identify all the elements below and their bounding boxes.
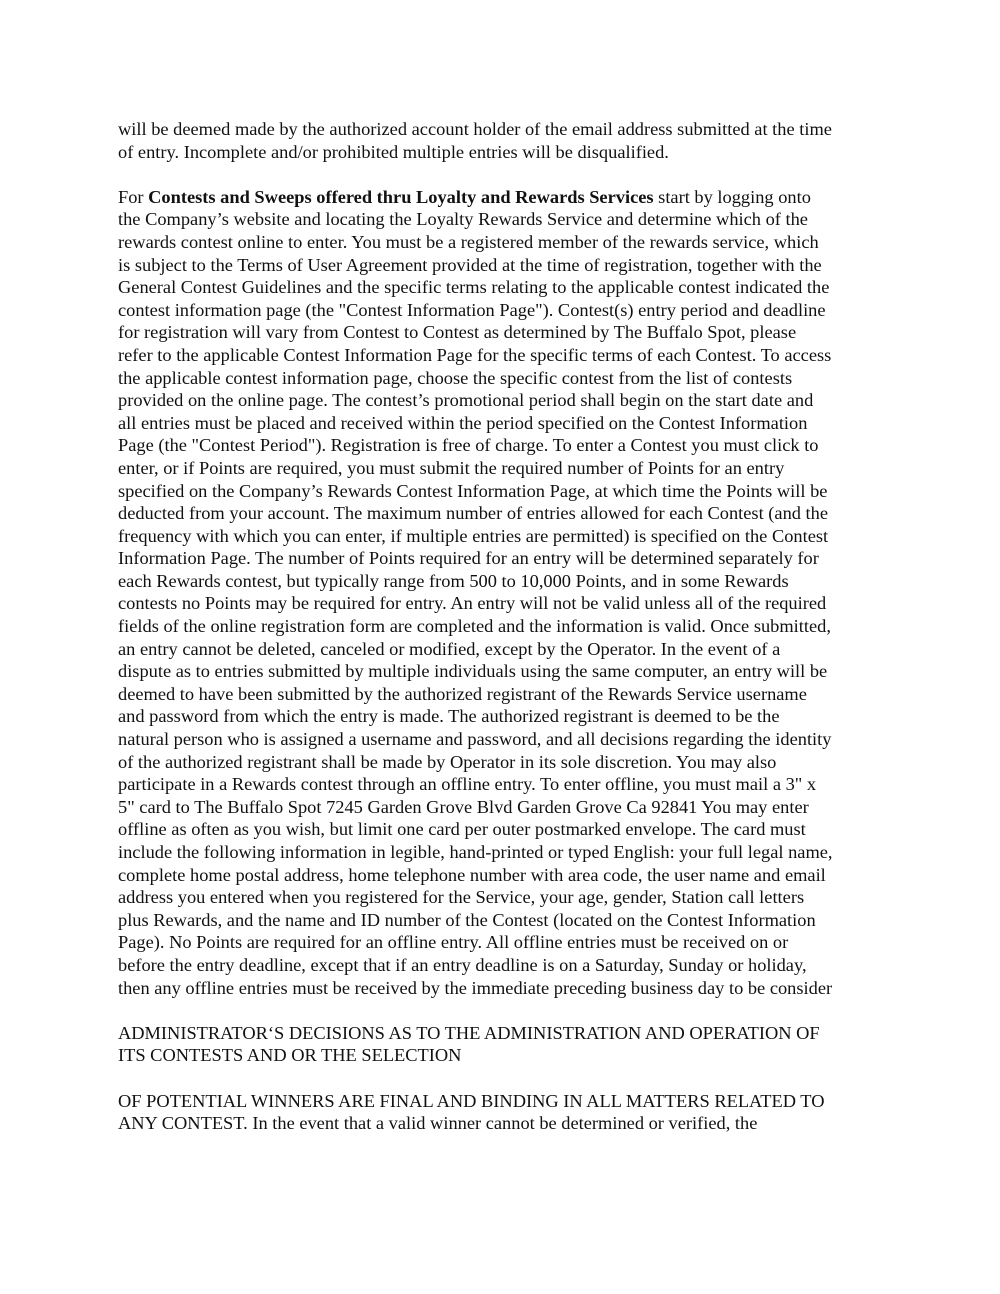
text-line: frequency with which you can enter, if m… xyxy=(118,525,888,548)
text-line: will be deemed made by the authorized ac… xyxy=(118,118,888,141)
text-line: specified on the Company’s Rewards Conte… xyxy=(118,480,888,503)
text-line: the applicable contest information page,… xyxy=(118,367,888,390)
text-line: Page (the "Contest Period"). Registratio… xyxy=(118,434,888,457)
text-line: deducted from your account. The maximum … xyxy=(118,502,888,525)
text-line: provided on the online page. The contest… xyxy=(118,389,888,412)
paragraph-loyalty-rewards-contests: For Contests and Sweeps offered thru Loy… xyxy=(118,186,888,999)
text-line: Page). No Points are required for an off… xyxy=(118,931,888,954)
text-line: ANY CONTEST. In the event that a valid w… xyxy=(118,1112,888,1135)
text-line: offline as often as you wish, but limit … xyxy=(118,818,888,841)
text-line: participate in a Rewards contest through… xyxy=(118,773,888,796)
text-line: the Company’s website and locating the L… xyxy=(118,208,888,231)
text-line: before the entry deadline, except that i… xyxy=(118,954,888,977)
text-line: contest information page (the "Contest I… xyxy=(118,299,888,322)
paragraph-administrator-decisions: ADMINISTRATOR‘S DECISIONS AS TO THE ADMI… xyxy=(118,1022,888,1067)
bold-heading-run: Contests and Sweeps offered thru Loyalty… xyxy=(148,187,653,207)
text-line: is subject to the Terms of User Agreemen… xyxy=(118,254,888,277)
text-line: then any offline entries must be receive… xyxy=(118,977,888,1000)
text-line: rewards contest online to enter. You mus… xyxy=(118,231,888,254)
text-line: each Rewards contest, but typically rang… xyxy=(118,570,888,593)
text-line: plus Rewards, and the name and ID number… xyxy=(118,909,888,932)
text-line: of the authorized registrant shall be ma… xyxy=(118,751,888,774)
text-line: contests no Points may be required for e… xyxy=(118,592,888,615)
text-line: ITS CONTESTS AND OR THE SELECTION xyxy=(118,1044,888,1067)
paragraph-entry-authorization: will be deemed made by the authorized ac… xyxy=(118,118,888,163)
text-line: Information Page. The number of Points r… xyxy=(118,547,888,570)
text-line: address you entered when you registered … xyxy=(118,886,888,909)
text-line: 5" card to The Buffalo Spot 7245 Garden … xyxy=(118,796,888,819)
text-line: all entries must be placed and received … xyxy=(118,412,888,435)
text-line: and password from which the entry is mad… xyxy=(118,705,888,728)
text-line: of entry. Incomplete and/or prohibited m… xyxy=(118,141,888,164)
text-line: For Contests and Sweeps offered thru Loy… xyxy=(118,186,888,209)
text-run: start by logging onto xyxy=(654,187,811,207)
text-line: enter, or if Points are required, you mu… xyxy=(118,457,888,480)
text-line: complete home postal address, home telep… xyxy=(118,864,888,887)
text-line: natural person who is assigned a usernam… xyxy=(118,728,888,751)
text-line: General Contest Guidelines and the speci… xyxy=(118,276,888,299)
text-line: refer to the applicable Contest Informat… xyxy=(118,344,888,367)
text-line: fields of the online registration form a… xyxy=(118,615,888,638)
text-line: for registration will vary from Contest … xyxy=(118,321,888,344)
text-run: For xyxy=(118,187,148,207)
text-line: ADMINISTRATOR‘S DECISIONS AS TO THE ADMI… xyxy=(118,1022,888,1045)
document-page: will be deemed made by the authorized ac… xyxy=(118,118,888,1157)
text-line: an entry cannot be deleted, canceled or … xyxy=(118,638,888,661)
text-line: deemed to have been submitted by the aut… xyxy=(118,683,888,706)
text-line: OF POTENTIAL WINNERS ARE FINAL AND BINDI… xyxy=(118,1090,888,1113)
paragraph-potential-winners: OF POTENTIAL WINNERS ARE FINAL AND BINDI… xyxy=(118,1090,888,1135)
text-line: include the following information in leg… xyxy=(118,841,888,864)
text-line: dispute as to entries submitted by multi… xyxy=(118,660,888,683)
